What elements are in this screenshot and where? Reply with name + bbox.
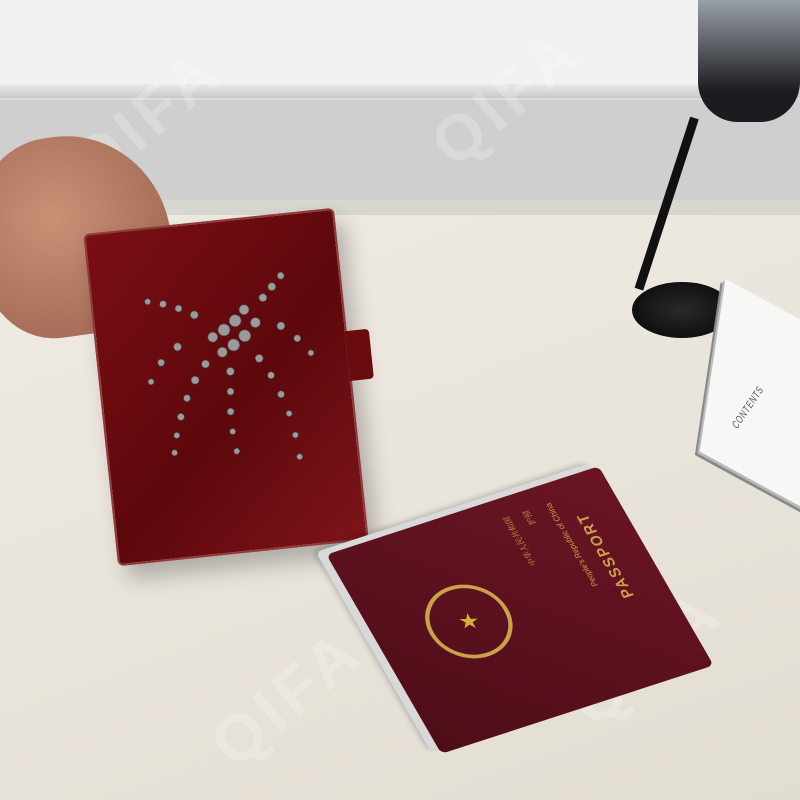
passport-cover-wallet xyxy=(83,208,369,567)
magazine-contents-label: CONTENTS xyxy=(730,383,766,431)
spider-stud-design xyxy=(85,210,366,564)
wine-glass-bowl xyxy=(698,0,800,122)
passport-chinese-title: 护照 xyxy=(520,509,539,526)
product-photo: QIFA QIFA QIFA QIFA CONTENTS xyxy=(0,0,800,800)
national-emblem-icon: ★ xyxy=(410,574,528,669)
